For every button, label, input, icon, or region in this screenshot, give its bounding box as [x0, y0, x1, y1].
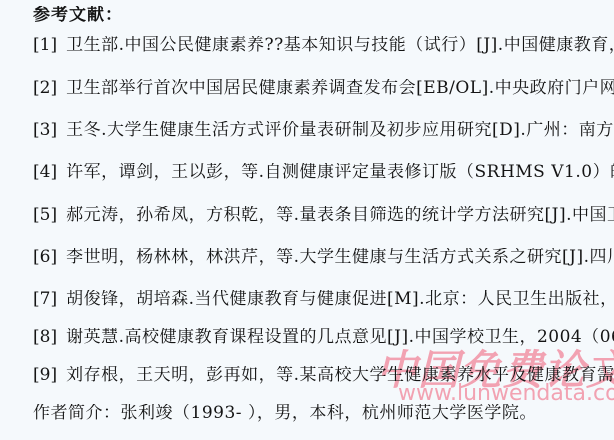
- reference-text: 卫生部.中国公民健康素养??基本知识与技能（试行）[J].中国健康教育，2008: [66, 36, 614, 55]
- reference-text: 谢英慧.高校健康教育课程设置的几点意见[J].中国学校卫生，2004（06）.: [66, 328, 614, 347]
- reference-item: [1]卫生部.中国公民健康素养??基本知识与技能（试行）[J].中国健康教育，2…: [33, 36, 614, 55]
- reference-number: [7]: [33, 290, 57, 309]
- reference-item: [2]卫生部举行首次中国居民健康素养调查发布会[EB/OL].中央政府门户网站，…: [33, 79, 614, 98]
- author-note: 作者简介：张利竣（1993- ），男，本科，杭州师范大学医学院。: [33, 404, 614, 423]
- reference-text: 李世明，杨林林，林洪芹，等.大学生健康与生活方式关系之研究[J].四川体育: [66, 248, 614, 267]
- reference-item: [7]胡俊锋，胡培森.当代健康教育与健康促进[M].北京：人民卫生出版社，200…: [33, 290, 614, 309]
- references-heading: 参考文献：: [33, 6, 614, 25]
- reference-item: [9]刘存根，王天明，彭再如，等.某高校大学生健康素养水平及健康教育需求调查: [33, 366, 614, 385]
- reference-item: [6]李世明，杨林林，林洪芹，等.大学生健康与生活方式关系之研究[J].四川体育: [33, 248, 614, 267]
- reference-item: [4]许军，谭剑，王以彭，等.自测健康评定量表修订版（SRHMS V1.0）的考…: [33, 163, 614, 182]
- reference-item: [8]谢英慧.高校健康教育课程设置的几点意见[J].中国学校卫生，2004（06…: [33, 328, 614, 347]
- reference-text: 王冬.大学生健康生活方式评价量表研制及初步应用研究[D].广州：南方医科大: [66, 121, 614, 140]
- reference-text: 许军，谭剑，王以彭，等.自测健康评定量表修订版（SRHMS V1.0）的考评[J…: [66, 163, 614, 182]
- reference-number: [3]: [33, 121, 57, 140]
- reference-number: [9]: [33, 366, 57, 385]
- reference-text: 胡俊锋，胡培森.当代健康教育与健康促进[M].北京：人民卫生出版社，2005.: [66, 290, 614, 309]
- reference-number: [6]: [33, 248, 57, 267]
- reference-number: [1]: [33, 36, 57, 55]
- reference-text: 郝元涛，孙希凤，方积乾，等.量表条目筛选的统计学方法研究[J].中国卫生统: [66, 206, 614, 225]
- watermark-url: www.lunwendata.com: [398, 382, 614, 406]
- reference-text: 卫生部举行首次中国居民健康素养调查发布会[EB/OL].中央政府门户网站，htt: [66, 79, 614, 98]
- reference-item: [3]王冬.大学生健康生活方式评价量表研制及初步应用研究[D].广州：南方医科大: [33, 121, 614, 140]
- reference-item: [5]郝元涛，孙希凤，方积乾，等.量表条目筛选的统计学方法研究[J].中国卫生统: [33, 206, 614, 225]
- reference-number: [8]: [33, 328, 57, 347]
- reference-number: [4]: [33, 163, 57, 182]
- reference-text: 刘存根，王天明，彭再如，等.某高校大学生健康素养水平及健康教育需求调查: [66, 366, 614, 385]
- document-page: 中国免费论文网 www.lunwendata.com 参考文献： [1]卫生部.…: [0, 0, 614, 440]
- reference-number: [5]: [33, 206, 57, 225]
- reference-number: [2]: [33, 79, 57, 98]
